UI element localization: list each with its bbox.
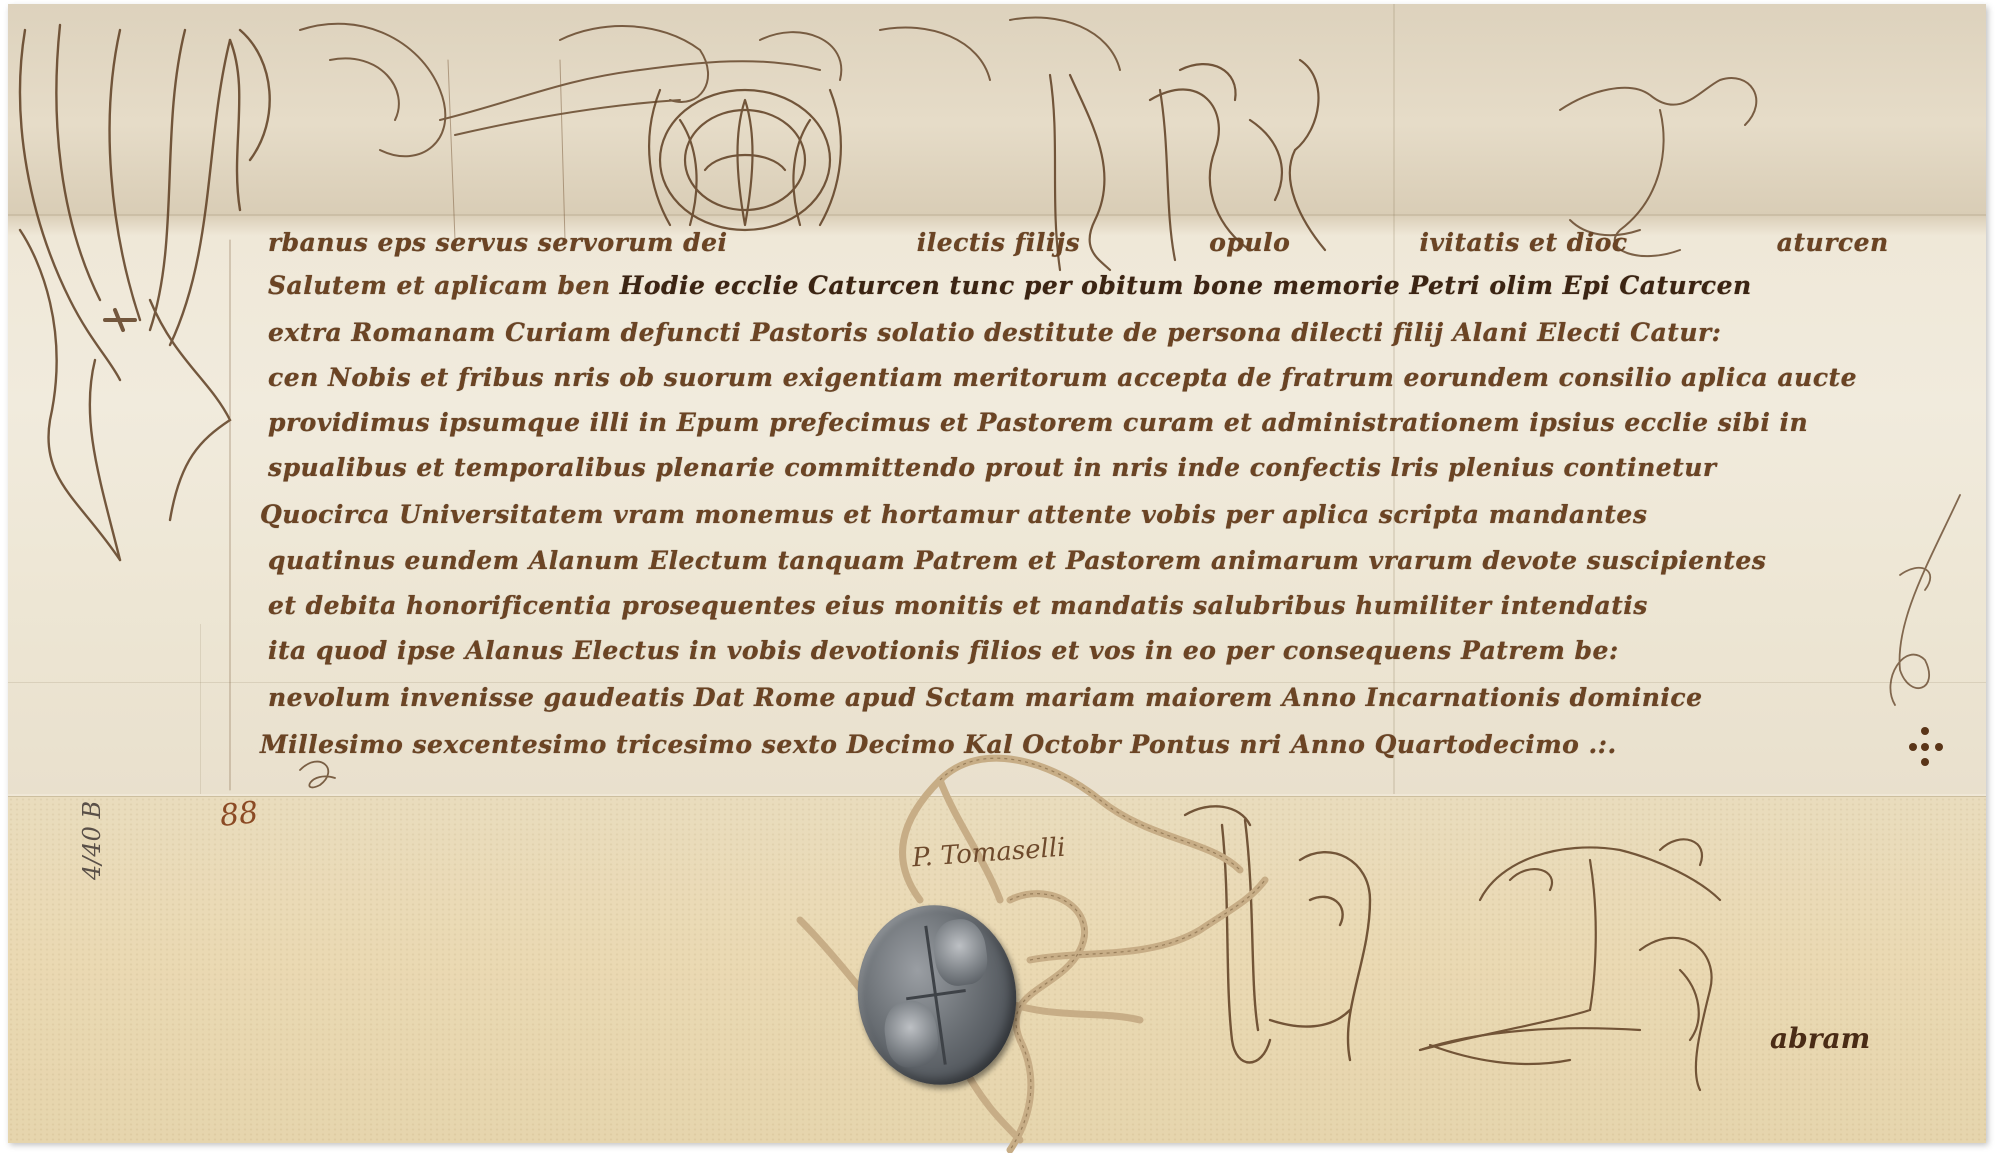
margin-annotation-side: 4/40 B [78,801,106,880]
text-line-1: rbanus eps servus servorum dei ilectis f… [268,228,1889,257]
text-line-2: Salutem et aplicam ben Hodie ecclie Catu… [268,271,1752,300]
fold-line-vertical-2 [200,624,201,794]
text-line-4: cen Nobis et fribus nris ob suorum exige… [268,363,1857,392]
text-line-3: extra Romanam Curiam defuncti Pastoris s… [268,318,1721,347]
fold-line-horizontal [8,214,1986,216]
seal-head-icon [930,916,991,989]
text-line-5: providimus ipsumque illi in Epum prefeci… [268,408,1808,437]
text-line-12: Millesimo sexcentesimo tricesimo sexto D… [260,730,1617,759]
text-line-10: ita quod ipse Alanus Electus in vobis de… [268,636,1619,665]
seal-head-icon [881,998,942,1071]
text-line-7: Quocirca Universitatem vram monemus et h… [260,500,1647,529]
text-line-8: quatinus eundem Alanum Electum tanquam P… [268,546,1766,575]
text-line-9: et debita honorificentia prosequentes ei… [268,591,1648,620]
text-line-11: nevolum invenisse gaudeatis Dat Rome apu… [268,683,1703,712]
margin-annotation-number: 88 [219,798,260,832]
fold-line-vertical [1393,4,1395,794]
scribe-signature: abram [1770,1022,1870,1055]
text-line-6: spualibus et temporalibus plenarie commi… [268,453,1717,482]
parchment-main-panel [8,4,1986,794]
